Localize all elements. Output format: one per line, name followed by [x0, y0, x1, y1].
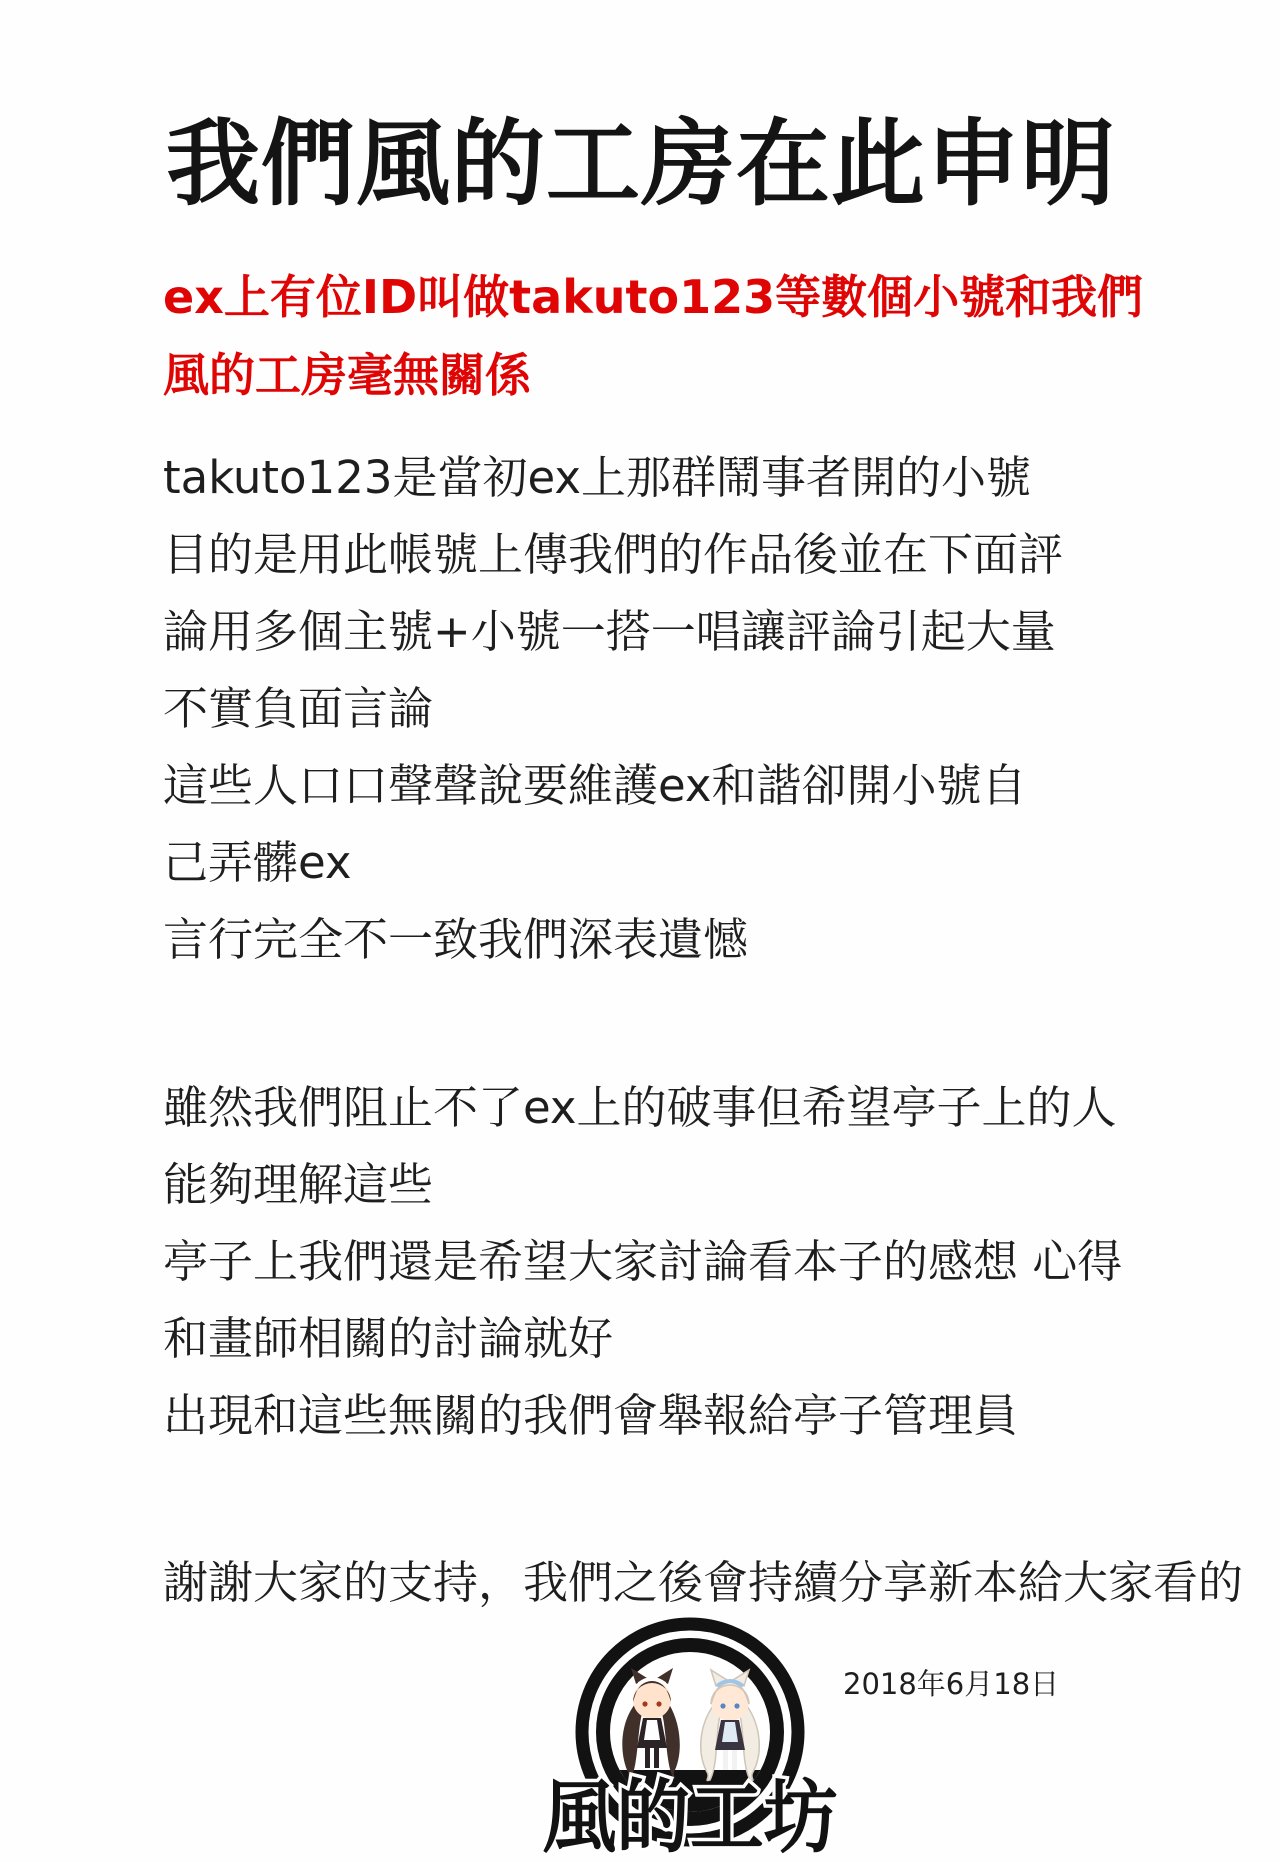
statement-paragraph-2: 雖然我們阻止不了ex上的破事但希望亭子上的人 能夠理解這些 亭子上我們還是希望大…	[163, 1069, 1122, 1454]
disclaimer-highlight: ex上有位ID叫做takuto123等數個小號和我們 風的工房毫無關係	[163, 258, 1143, 414]
statement-line: 能夠理解這些	[163, 1146, 1122, 1223]
statement-line: 言行完全不一致我們深表遺憾	[163, 901, 1063, 978]
statement-line: 己弄髒ex	[163, 824, 1063, 901]
disclaimer-line: ex上有位ID叫做takuto123等數個小號和我們	[163, 258, 1143, 336]
statement-line: 雖然我們阻止不了ex上的破事但希望亭子上的人	[163, 1069, 1122, 1146]
logo-wordmark: 風的工坊	[543, 1771, 838, 1862]
statement-line: 和畫師相關的討論就好	[163, 1300, 1122, 1377]
page-title: 我們風的工房在此申明	[166, 88, 1116, 223]
statement-line: 這些人口口聲聲說要維護ex和諧卻開小號自	[163, 747, 1063, 824]
statement-line: 出現和這些無關的我們會舉報給亭子管理員	[163, 1377, 1122, 1454]
closing-line: 謝謝大家的支持，我們之後會持續分享新本給大家看的	[163, 1544, 1243, 1621]
statement-line: 亭子上我們還是希望大家討論看本子的感想 心得	[163, 1223, 1122, 1300]
statement-line: 不實負面言論	[163, 670, 1063, 747]
statement-line: 論用多個主號+小號一搭一唱讓評論引起大量	[163, 593, 1063, 670]
disclaimer-line: 風的工房毫無關係	[163, 336, 1143, 414]
statement-line: takuto123是當初ex上那群鬧事者開的小號	[163, 439, 1063, 516]
statement-line: 目的是用此帳號上傳我們的作品後並在下面評	[163, 516, 1063, 593]
statement-paragraph-1: takuto123是當初ex上那群鬧事者開的小號 目的是用此帳號上傳我們的作品後…	[163, 439, 1063, 978]
studio-logo: 風的工坊	[535, 1612, 855, 1862]
date-text: 2018年6月18日	[843, 1662, 1059, 1703]
studio-logo-graphic: 風的工坊	[535, 1612, 855, 1862]
